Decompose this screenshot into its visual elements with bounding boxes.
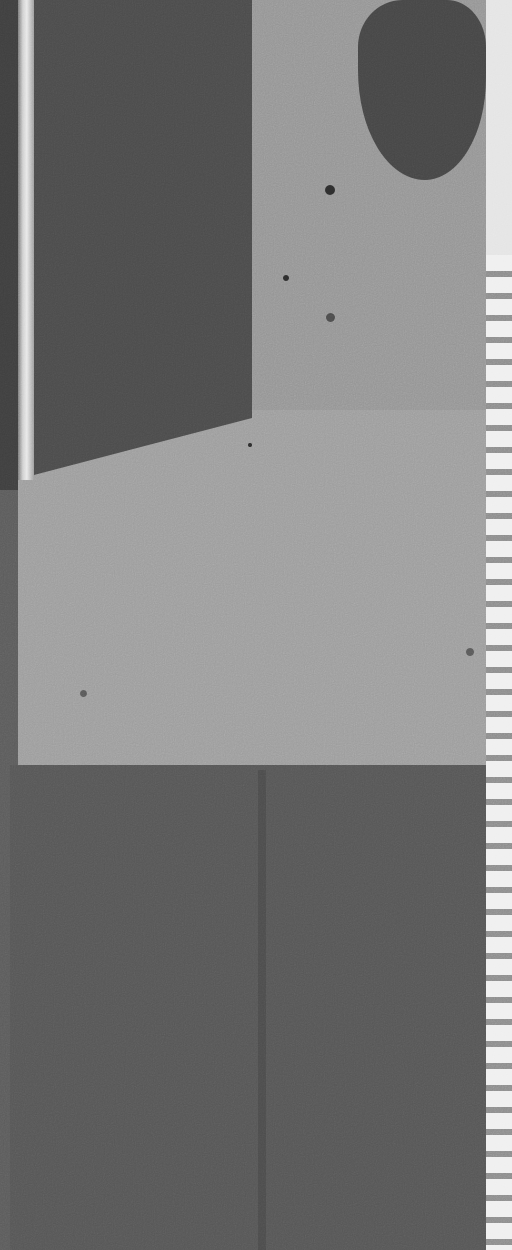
road-surface-image — [0, 0, 512, 1250]
texture-noise — [0, 0, 512, 1250]
